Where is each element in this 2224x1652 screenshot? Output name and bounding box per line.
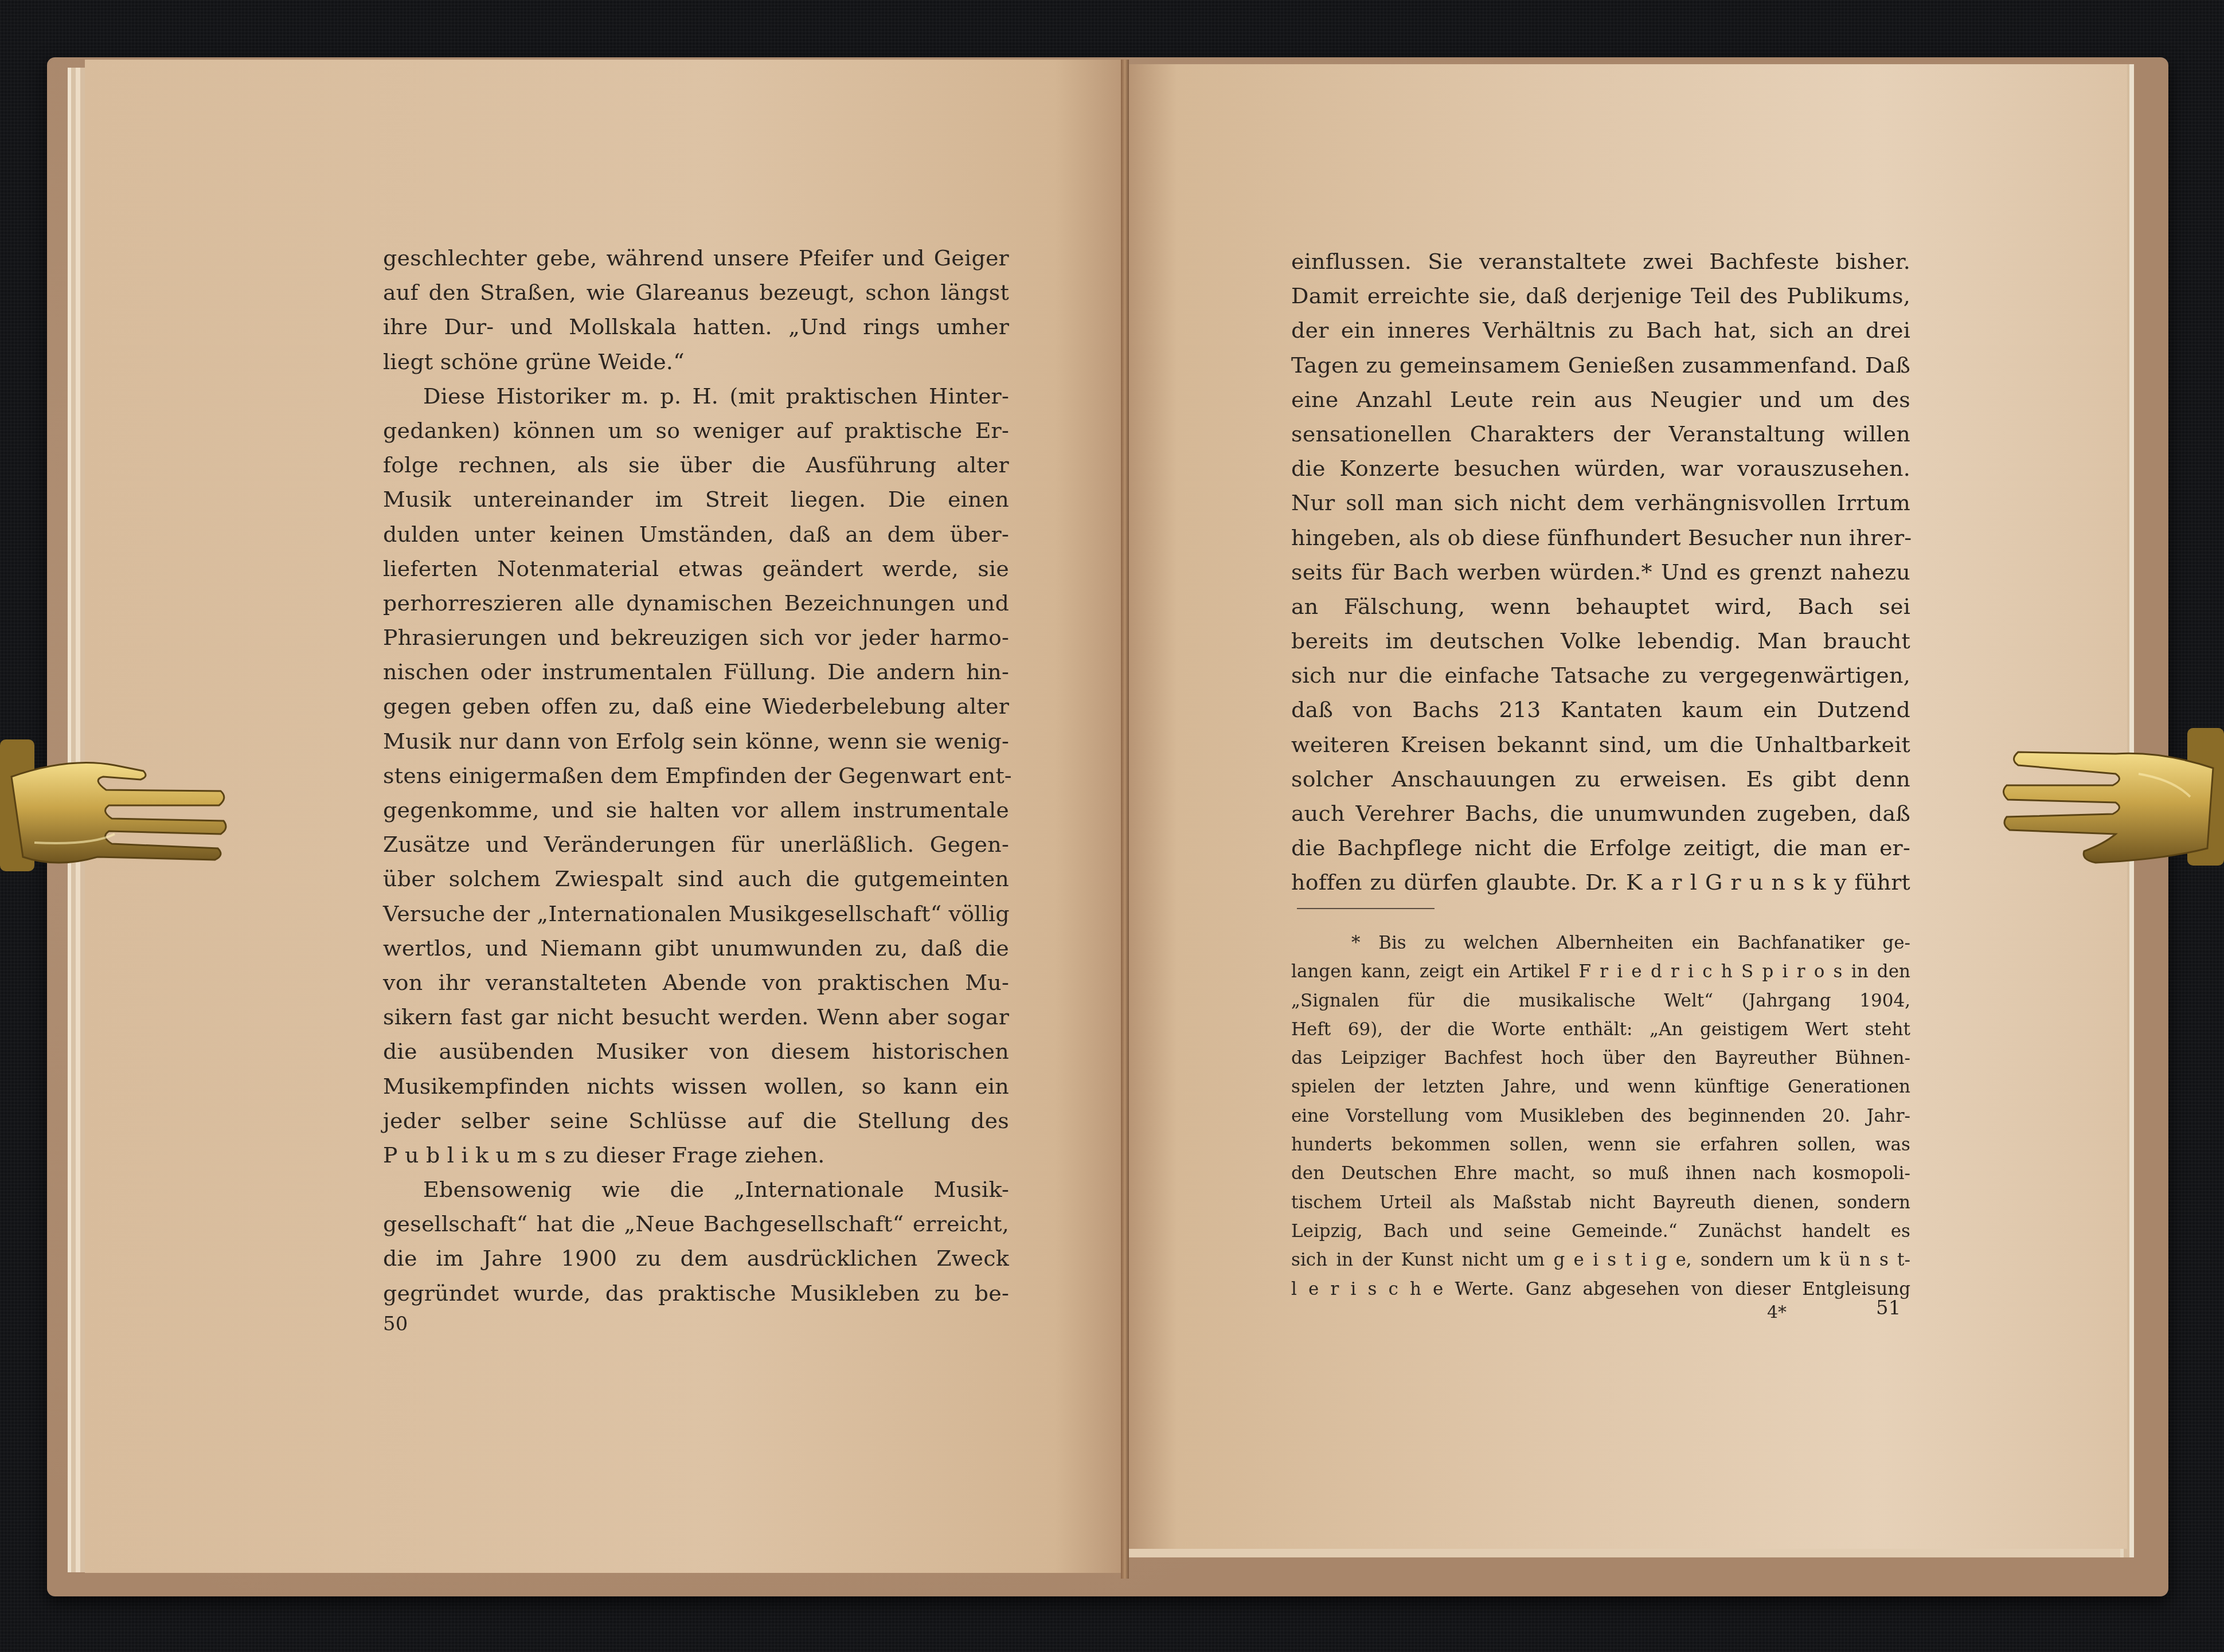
text-line: geschlechter gebe, während unsere Pfeife…	[383, 241, 1009, 275]
right-page-body: einflussen. Sie veranstaltete zwei Bachf…	[1291, 244, 1910, 900]
text-line: weiteren Kreisen bekannt sind, um die Un…	[1291, 727, 1910, 762]
text-line: gegründet wurde, das praktische Musikleb…	[383, 1276, 1009, 1310]
text-line: Musikempfinden nichts wissen wollen, so …	[383, 1069, 1009, 1103]
text-line: stens einigermaßen dem Empfinden der Geg…	[383, 758, 1009, 793]
text-line: hingeben, als ob diese fünfhundert Besuc…	[1291, 520, 1910, 555]
text-line: das Leipziger Bachfest hoch über den Bay…	[1291, 1044, 1910, 1072]
text-line: Diese Historiker m. p. H. (mit praktisch…	[383, 379, 1009, 413]
text-line: Heft 69), der die Worte enthält: „An gei…	[1291, 1015, 1910, 1044]
text-line: gesellschaft“ hat die „Neue Bachgesellsc…	[383, 1207, 1009, 1241]
text-line: solcher Anschauungen zu erweisen. Es gib…	[1291, 762, 1910, 796]
footnote-divider	[1297, 908, 1435, 909]
book-gutter	[1121, 60, 1129, 1579]
text-line: tischem Urteil als Maßstab nicht Bayreut…	[1291, 1188, 1910, 1217]
brass-hand-clip-left-icon	[0, 722, 229, 894]
text-line: wertlos, und Niemann gibt unumwunden zu,…	[383, 931, 1009, 965]
footnote: * Bis zu welchen Albernheiten ein Bachfa…	[1291, 929, 1910, 1303]
text-line: perhorreszieren alle dynamischen Bezeich…	[383, 586, 1009, 620]
text-line: Nur soll man sich nicht dem verhängnisvo…	[1291, 486, 1910, 520]
text-line: auf den Straßen, wie Glareanus bezeugt, …	[383, 275, 1009, 310]
text-line: Leipzig, Bach und seine Gemeinde.“ Zunäc…	[1291, 1217, 1910, 1246]
text-line: die Bachpflege nicht die Erfolge zeitigt…	[1291, 831, 1910, 865]
text-line: die ausübenden Musiker von diesem histor…	[383, 1034, 1009, 1068]
text-line: über solchem Zwiespalt sind auch die gut…	[383, 862, 1009, 896]
signature-mark: 4*	[1767, 1302, 1787, 1322]
text-line: hoffen zu dürfen glaubte. Dr. K a r l G …	[1291, 865, 1910, 899]
text-line: einflussen. Sie veranstaltete zwei Bachf…	[1291, 244, 1910, 279]
left-page-body: geschlechter gebe, während unsere Pfeife…	[383, 241, 1009, 1310]
text-line: eine Anzahl Leute rein aus Neugier und u…	[1291, 382, 1910, 417]
text-line: nischen oder instrumentalen Füllung. Die…	[383, 655, 1009, 689]
text-line: Versuche der „Internationalen Musikgesel…	[383, 897, 1009, 931]
text-line: jeder selber seine Schlüsse auf die Stel…	[383, 1103, 1009, 1138]
text-line: „Signalen für die musikalische Welt“ (Ja…	[1291, 986, 1910, 1015]
text-line: von ihr veranstalteten Abende von prakti…	[383, 965, 1009, 1000]
text-line: spielen der letzten Jahre, und wenn künf…	[1291, 1072, 1910, 1101]
text-line: sikern fast gar nicht besucht werden. We…	[383, 1000, 1009, 1034]
text-line: die Konzerte besuchen würden, war voraus…	[1291, 451, 1910, 486]
brass-hand-clip-right-icon	[1990, 717, 2224, 888]
text-line: l e r i s c h e Werte. Ganz abgesehen vo…	[1291, 1275, 1910, 1303]
page-number-right: 51	[1876, 1297, 1901, 1320]
text-line: P u b l i k u m s zu dieser Frage ziehen…	[383, 1138, 1009, 1172]
text-line: Ebensowenig wie die „Internationale Musi…	[383, 1172, 1009, 1207]
text-line: Phrasierungen und bekreuzigen sich vor j…	[383, 620, 1009, 655]
text-line: Musik untereinander im Streit liegen. Di…	[383, 482, 1009, 516]
text-line: Damit erreichte sie, daß derjenige Teil …	[1291, 279, 1910, 313]
text-line: sich nur die einfache Tatsache zu vergeg…	[1291, 658, 1910, 692]
text-line: an Fälschung, wenn behauptet wird, Bach …	[1291, 589, 1910, 624]
text-line: langen kann, zeigt ein Artikel F r i e d…	[1291, 957, 1910, 986]
text-line: dulden unter keinen Umständen, daß an de…	[383, 517, 1009, 551]
text-line: gedanken) können um so weniger auf prakt…	[383, 413, 1009, 448]
text-line: Musik nur dann von Erfolg sein könne, we…	[383, 724, 1009, 758]
text-line: daß von Bachs 213 Kantaten kaum ein Dutz…	[1291, 692, 1910, 727]
text-line: lieferten Notenmaterial etwas geändert w…	[383, 551, 1009, 586]
text-line: gegenkomme, und sie halten vor allem ins…	[383, 793, 1009, 827]
text-line: sensationellen Charakters der Veranstalt…	[1291, 417, 1910, 451]
text-line: gegen geben offen zu, daß eine Wiederbel…	[383, 689, 1009, 723]
text-line: Zusätze und Veränderungen für unerläßlic…	[383, 827, 1009, 862]
text-line: der ein inneres Verhältnis zu Bach hat, …	[1291, 313, 1910, 347]
text-line: die im Jahre 1900 zu dem ausdrücklichen …	[383, 1241, 1009, 1275]
text-line: Tagen zu gemeinsamem Genießen zusammenfa…	[1291, 348, 1910, 382]
text-line: hunderts bekommen sollen, wenn sie erfah…	[1291, 1130, 1910, 1159]
text-line: folge rechnen, als sie über die Ausführu…	[383, 448, 1009, 482]
text-line: liegt schöne grüne Weide.“	[383, 345, 1009, 379]
text-line: ihre Dur- und Mollskala hatten. „Und rin…	[383, 310, 1009, 344]
text-line: seits für Bach werben würden.* Und es gr…	[1291, 555, 1910, 589]
text-line: sich in der Kunst nicht um g e i s t i g…	[1291, 1246, 1910, 1274]
text-line: eine Vorstellung vom Musikleben des begi…	[1291, 1102, 1910, 1130]
text-line: bereits im deutschen Volke lebendig. Man…	[1291, 624, 1910, 658]
text-line: auch Verehrer Bachs, die unumwunden zuge…	[1291, 796, 1910, 831]
text-line: * Bis zu welchen Albernheiten ein Bachfa…	[1291, 929, 1910, 957]
page-number-left: 50	[383, 1313, 408, 1336]
text-line: den Deutschen Ehre macht, so muß ihnen n…	[1291, 1159, 1910, 1188]
